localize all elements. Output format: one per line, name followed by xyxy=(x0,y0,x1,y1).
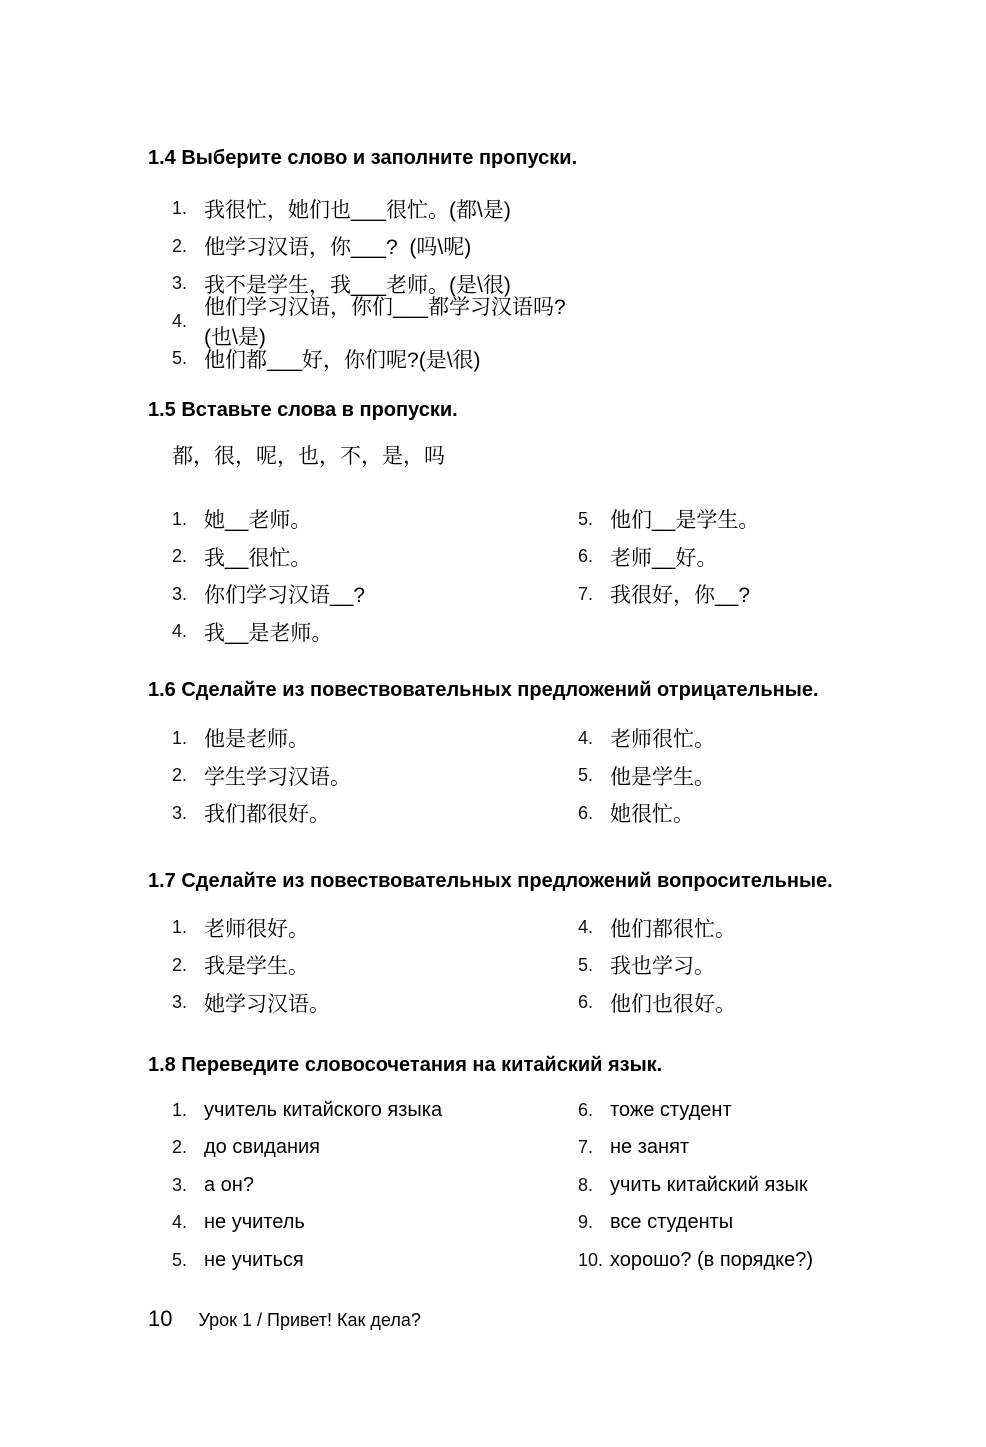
item-number: 7. xyxy=(578,1137,610,1158)
list-item: 5.не учиться xyxy=(172,1242,578,1280)
items-column-right: 6.тоже студент7.не занят8.учить китайски… xyxy=(578,1092,916,1280)
item-number: 6. xyxy=(578,803,610,824)
list-item: 8.учить китайский язык xyxy=(578,1167,916,1205)
word-bank: 都，很，呢，也，不，是，吗 xyxy=(148,443,916,471)
item-text: до свидания xyxy=(204,1136,320,1159)
item-number: 2. xyxy=(172,546,204,567)
page-number: 10 xyxy=(148,1306,172,1332)
items-column-right: 4.他们都很忙。5.我也学习。6.他们也很好。 xyxy=(578,909,916,1022)
section-1-7-title: 1.7 Сделайте из повествовательных предло… xyxy=(148,869,916,893)
item-number: 5. xyxy=(172,1250,204,1271)
item-text: 老师很忙。 xyxy=(610,723,715,753)
item-text: учить китайский язык xyxy=(610,1174,808,1197)
section-1-4-title: 1.4 Выберите слово и заполните пропуски. xyxy=(148,146,916,170)
item-text: 她学习汉语。 xyxy=(204,988,330,1018)
item-text: 我们都很好。 xyxy=(204,798,330,828)
list-item: 2.他学习汉语，你___? (吗\呢) xyxy=(172,228,578,266)
list-item: 4.我__是老师。 xyxy=(172,613,578,651)
item-text: 他是学生。 xyxy=(610,761,715,791)
section-1-5-title: 1.5 Вставьте слова в пропуски. xyxy=(148,398,916,422)
item-number: 3. xyxy=(172,584,204,605)
list-item: 3.我们都很好。 xyxy=(172,795,578,833)
list-item: 1.我很忙，她们也___很忙。(都\是) xyxy=(172,190,578,228)
list-item: 1.老师很好。 xyxy=(172,909,578,947)
items-column-right: 5.他们__是学生。6.老师__好。7.我很好，你__? xyxy=(578,501,916,651)
page-content: 1.4 Выберите слово и заполните пропуски.… xyxy=(0,0,986,1332)
item-text: 我是学生。 xyxy=(204,950,309,980)
section-1-7: 1.7 Сделайте из повествовательных предло… xyxy=(148,869,916,1022)
item-number: 4. xyxy=(172,311,204,332)
list-item: 7.我很好，你__? xyxy=(578,576,916,614)
list-item: 3.她学习汉语。 xyxy=(172,984,578,1022)
item-number: 3. xyxy=(172,992,204,1013)
item-number: 3. xyxy=(172,803,204,824)
item-number: 2. xyxy=(172,236,204,257)
item-number: 6. xyxy=(578,1100,610,1121)
item-text: 我__是老师。 xyxy=(204,617,332,647)
item-number: 10. xyxy=(578,1250,610,1271)
item-number: 2. xyxy=(172,955,204,976)
item-text: 我也学习。 xyxy=(610,950,715,980)
list-item: 1.她__老师。 xyxy=(172,501,578,539)
items-column-left: 1.我很忙，她们也___很忙。(都\是)2.他学习汉语，你___? (吗\呢)3… xyxy=(172,190,578,378)
item-number: 5. xyxy=(578,509,610,530)
item-text: 我__很忙。 xyxy=(204,542,311,572)
section-1-8-title: 1.8 Переведите словосочетания на китайск… xyxy=(148,1053,916,1077)
item-text: 他是老师。 xyxy=(204,723,309,753)
item-number: 9. xyxy=(578,1212,610,1233)
item-text: 学生学习汉语。 xyxy=(204,761,351,791)
section-1-4-items: 1.我很忙，她们也___很忙。(都\是)2.他学习汉语，你___? (吗\呢)3… xyxy=(148,190,916,378)
items-column-left: 1.他是老师。2.学生学习汉语。3.我们都很好。 xyxy=(172,720,578,833)
item-text: 我很好，你__? xyxy=(610,579,750,609)
item-number: 4. xyxy=(578,728,610,749)
item-number: 2. xyxy=(172,765,204,786)
item-number: 4. xyxy=(172,621,204,642)
section-1-5: 1.5 Вставьте слова в пропуски. 都，很，呢，也，不… xyxy=(148,398,916,651)
item-number: 8. xyxy=(578,1175,610,1196)
item-text: 他们学习汉语，你们___都学习汉语吗?(也\是) xyxy=(204,291,578,351)
item-number: 1. xyxy=(172,1100,204,1121)
list-item: 6.тоже студент xyxy=(578,1092,916,1130)
item-text: 他们都很忙。 xyxy=(610,913,736,943)
item-text: 她很忙。 xyxy=(610,798,694,828)
item-number: 3. xyxy=(172,273,204,294)
item-text: 老师__好。 xyxy=(610,542,717,572)
item-text: а он? xyxy=(204,1174,254,1197)
list-item: 4.他们学习汉语，你们___都学习汉语吗?(也\是) xyxy=(172,303,578,341)
item-text: 她__老师。 xyxy=(204,504,311,534)
list-item: 5.我也学习。 xyxy=(578,947,916,985)
list-item: 6.她很忙。 xyxy=(578,795,916,833)
item-text: тоже студент xyxy=(610,1099,732,1122)
item-text: 我很忙，她们也___很忙。(都\是) xyxy=(204,194,511,224)
section-1-6: 1.6 Сделайте из повествовательных предло… xyxy=(148,678,916,833)
list-item: 1.учитель китайского языка xyxy=(172,1092,578,1130)
item-text: 你们学习汉语__? xyxy=(204,579,365,609)
section-1-6-items: 1.他是老师。2.学生学习汉语。3.我们都很好。 4.老师很忙。5.他是学生。6… xyxy=(148,720,916,833)
item-text: все студенты xyxy=(610,1211,733,1234)
item-text: не учитель xyxy=(204,1211,305,1234)
list-item: 4.не учитель xyxy=(172,1204,578,1242)
item-text: не учиться xyxy=(204,1249,304,1272)
item-text: не занят xyxy=(610,1136,689,1159)
textbook-page: 1.4 Выберите слово и заполните пропуски.… xyxy=(0,0,986,1447)
section-1-5-items: 1.她__老师。2.我__很忙。3.你们学习汉语__?4.我__是老师。 5.他… xyxy=(148,501,916,651)
item-text: 他们也很好。 xyxy=(610,988,736,1018)
item-number: 5. xyxy=(578,765,610,786)
item-number: 5. xyxy=(172,348,204,369)
item-number: 4. xyxy=(578,917,610,938)
items-column-left: 1.учитель китайского языка2.до свидания3… xyxy=(172,1092,578,1280)
item-number: 4. xyxy=(172,1212,204,1233)
section-1-6-title: 1.6 Сделайте из повествовательных предло… xyxy=(148,678,916,702)
list-item: 9.все студенты xyxy=(578,1204,916,1242)
page-footer: 10 Урок 1 / Привет! Как дела? xyxy=(148,1306,916,1332)
item-number: 7. xyxy=(578,584,610,605)
list-item: 2.学生学习汉语。 xyxy=(172,757,578,795)
list-item: 4.他们都很忙。 xyxy=(578,909,916,947)
list-item: 10.хорошо? (в порядке?) xyxy=(578,1242,916,1280)
section-1-8: 1.8 Переведите словосочетания на китайск… xyxy=(148,1053,916,1280)
item-number: 2. xyxy=(172,1137,204,1158)
list-item: 2.до свидания xyxy=(172,1129,578,1167)
list-item: 4.老师很忙。 xyxy=(578,720,916,758)
item-text: 他们都___好，你们呢?(是\很) xyxy=(204,344,481,374)
list-item: 1.他是老师。 xyxy=(172,720,578,758)
list-item: 6.老师__好。 xyxy=(578,538,916,576)
item-text: 他学习汉语，你___? (吗\呢) xyxy=(204,231,471,261)
items-column-right: 4.老师很忙。5.他是学生。6.她很忙。 xyxy=(578,720,916,833)
item-number: 1. xyxy=(172,198,204,219)
item-number: 1. xyxy=(172,728,204,749)
list-item: 5.他是学生。 xyxy=(578,757,916,795)
list-item: 2.我__很忙。 xyxy=(172,538,578,576)
item-text: 老师很好。 xyxy=(204,913,309,943)
list-item: 3.а он? xyxy=(172,1167,578,1205)
list-item: 5.他们__是学生。 xyxy=(578,501,916,539)
item-number: 3. xyxy=(172,1175,204,1196)
item-number: 6. xyxy=(578,546,610,567)
section-1-7-items: 1.老师很好。2.我是学生。3.她学习汉语。 4.他们都很忙。5.我也学习。6.… xyxy=(148,909,916,1022)
item-number: 5. xyxy=(578,955,610,976)
items-column-left: 1.老师很好。2.我是学生。3.她学习汉语。 xyxy=(172,909,578,1022)
list-item: 3.你们学习汉语__? xyxy=(172,576,578,614)
item-number: 1. xyxy=(172,509,204,530)
item-number: 6. xyxy=(578,992,610,1013)
list-item: 7.не занят xyxy=(578,1129,916,1167)
item-number: 1. xyxy=(172,917,204,938)
item-text: хорошо? (в порядке?) xyxy=(610,1249,813,1272)
list-item: 2.我是学生。 xyxy=(172,947,578,985)
section-1-8-items: 1.учитель китайского языка2.до свидания3… xyxy=(148,1092,916,1280)
footer-text: Урок 1 / Привет! Как дела? xyxy=(198,1310,420,1331)
section-1-4: 1.4 Выберите слово и заполните пропуски.… xyxy=(148,146,916,378)
items-column-right xyxy=(578,190,916,378)
item-text: 他们__是学生。 xyxy=(610,504,759,534)
items-column-left: 1.她__老师。2.我__很忙。3.你们学习汉语__?4.我__是老师。 xyxy=(172,501,578,651)
list-item: 6.他们也很好。 xyxy=(578,984,916,1022)
item-text: учитель китайского языка xyxy=(204,1099,442,1122)
